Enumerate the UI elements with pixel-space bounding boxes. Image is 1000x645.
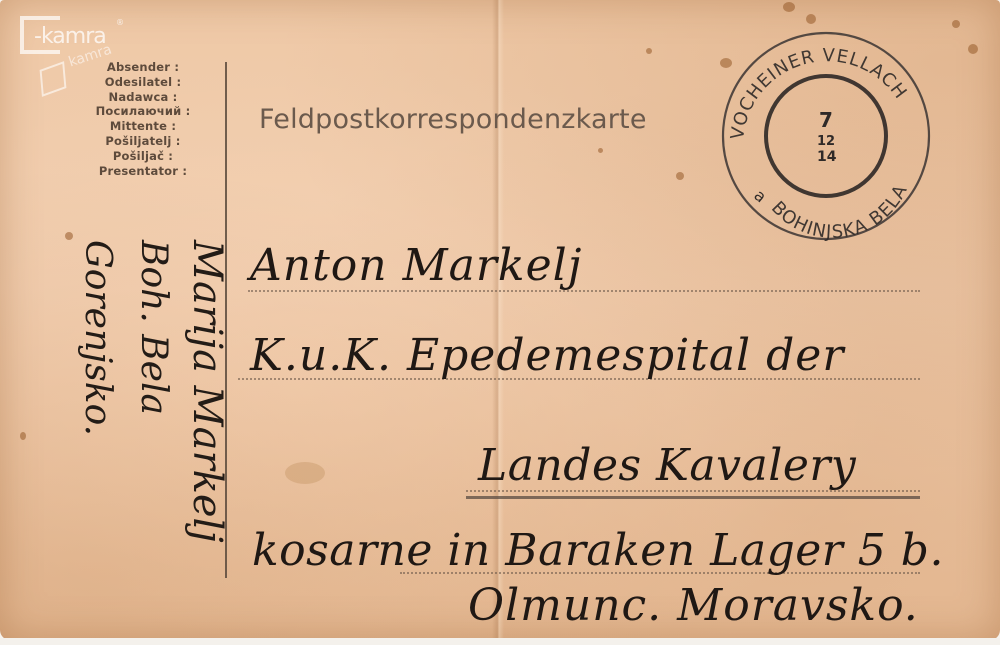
recipient-institution: K.u.K. Epedemespital der <box>250 330 844 381</box>
recipient-unit: Landes Kavalery <box>478 440 856 491</box>
sender-region: Gorenjsko. <box>77 240 118 436</box>
sender-label: Mittente : <box>88 119 198 134</box>
postmark-separator: a <box>750 186 770 207</box>
sender-label: Nadawca : <box>88 90 198 105</box>
sender-label: Odesilatel : <box>88 75 198 90</box>
card-title: Feldpostkorrespondenzkarte <box>259 104 647 135</box>
postmark-month: 12 <box>817 134 835 149</box>
stain <box>968 44 978 54</box>
sender-label: Pošiljatelj : <box>88 134 198 149</box>
stain <box>952 20 960 28</box>
stain <box>285 462 325 484</box>
cube-icon <box>40 61 67 97</box>
stain <box>598 148 603 153</box>
address-underline <box>466 496 920 499</box>
sender-town: Boh. Bela <box>133 240 174 415</box>
postmark-icon: VOCHEINER VELLACH BOHINJSKA BELA a 7 12 … <box>713 27 939 245</box>
sender-label: Посилаючий : <box>88 104 198 119</box>
svg-text:BOHINJSKA BELA: BOHINJSKA BELA <box>767 181 912 243</box>
recipient-city: Olmunc. Moravsko. <box>468 580 919 631</box>
stain <box>806 14 816 24</box>
stain <box>676 172 684 180</box>
stain <box>646 48 652 54</box>
sender-labels: Absender : Odesilatel : Nadawca : Посила… <box>88 60 198 178</box>
postmark: VOCHEINER VELLACH BOHINJSKA BELA a 7 12 … <box>713 27 939 245</box>
sender-handwriting: Marija Markelj Boh. Bela Gorenjsko. <box>20 240 230 620</box>
scan-border <box>0 638 1000 645</box>
postcard: -kamra kamra ® Absender : Odesilatel : N… <box>0 0 1000 640</box>
registered-mark: ® <box>116 18 124 27</box>
sender-label: Absender : <box>88 60 198 75</box>
postmark-year: 14 <box>817 149 837 165</box>
postmark-bottom-text: BOHINJSKA BELA <box>767 181 912 243</box>
sender-name: Marija Markelj <box>184 240 230 543</box>
stain <box>783 2 795 12</box>
postmark-day: 7 <box>819 108 833 132</box>
recipient-barracks: kosarne in Baraken Lager 5 b. <box>252 525 944 576</box>
sender-label: Pošiljač : <box>88 149 198 164</box>
recipient-name: Anton Markelj <box>250 240 582 291</box>
stain <box>65 232 73 240</box>
sender-label: Presentator : <box>88 164 198 179</box>
